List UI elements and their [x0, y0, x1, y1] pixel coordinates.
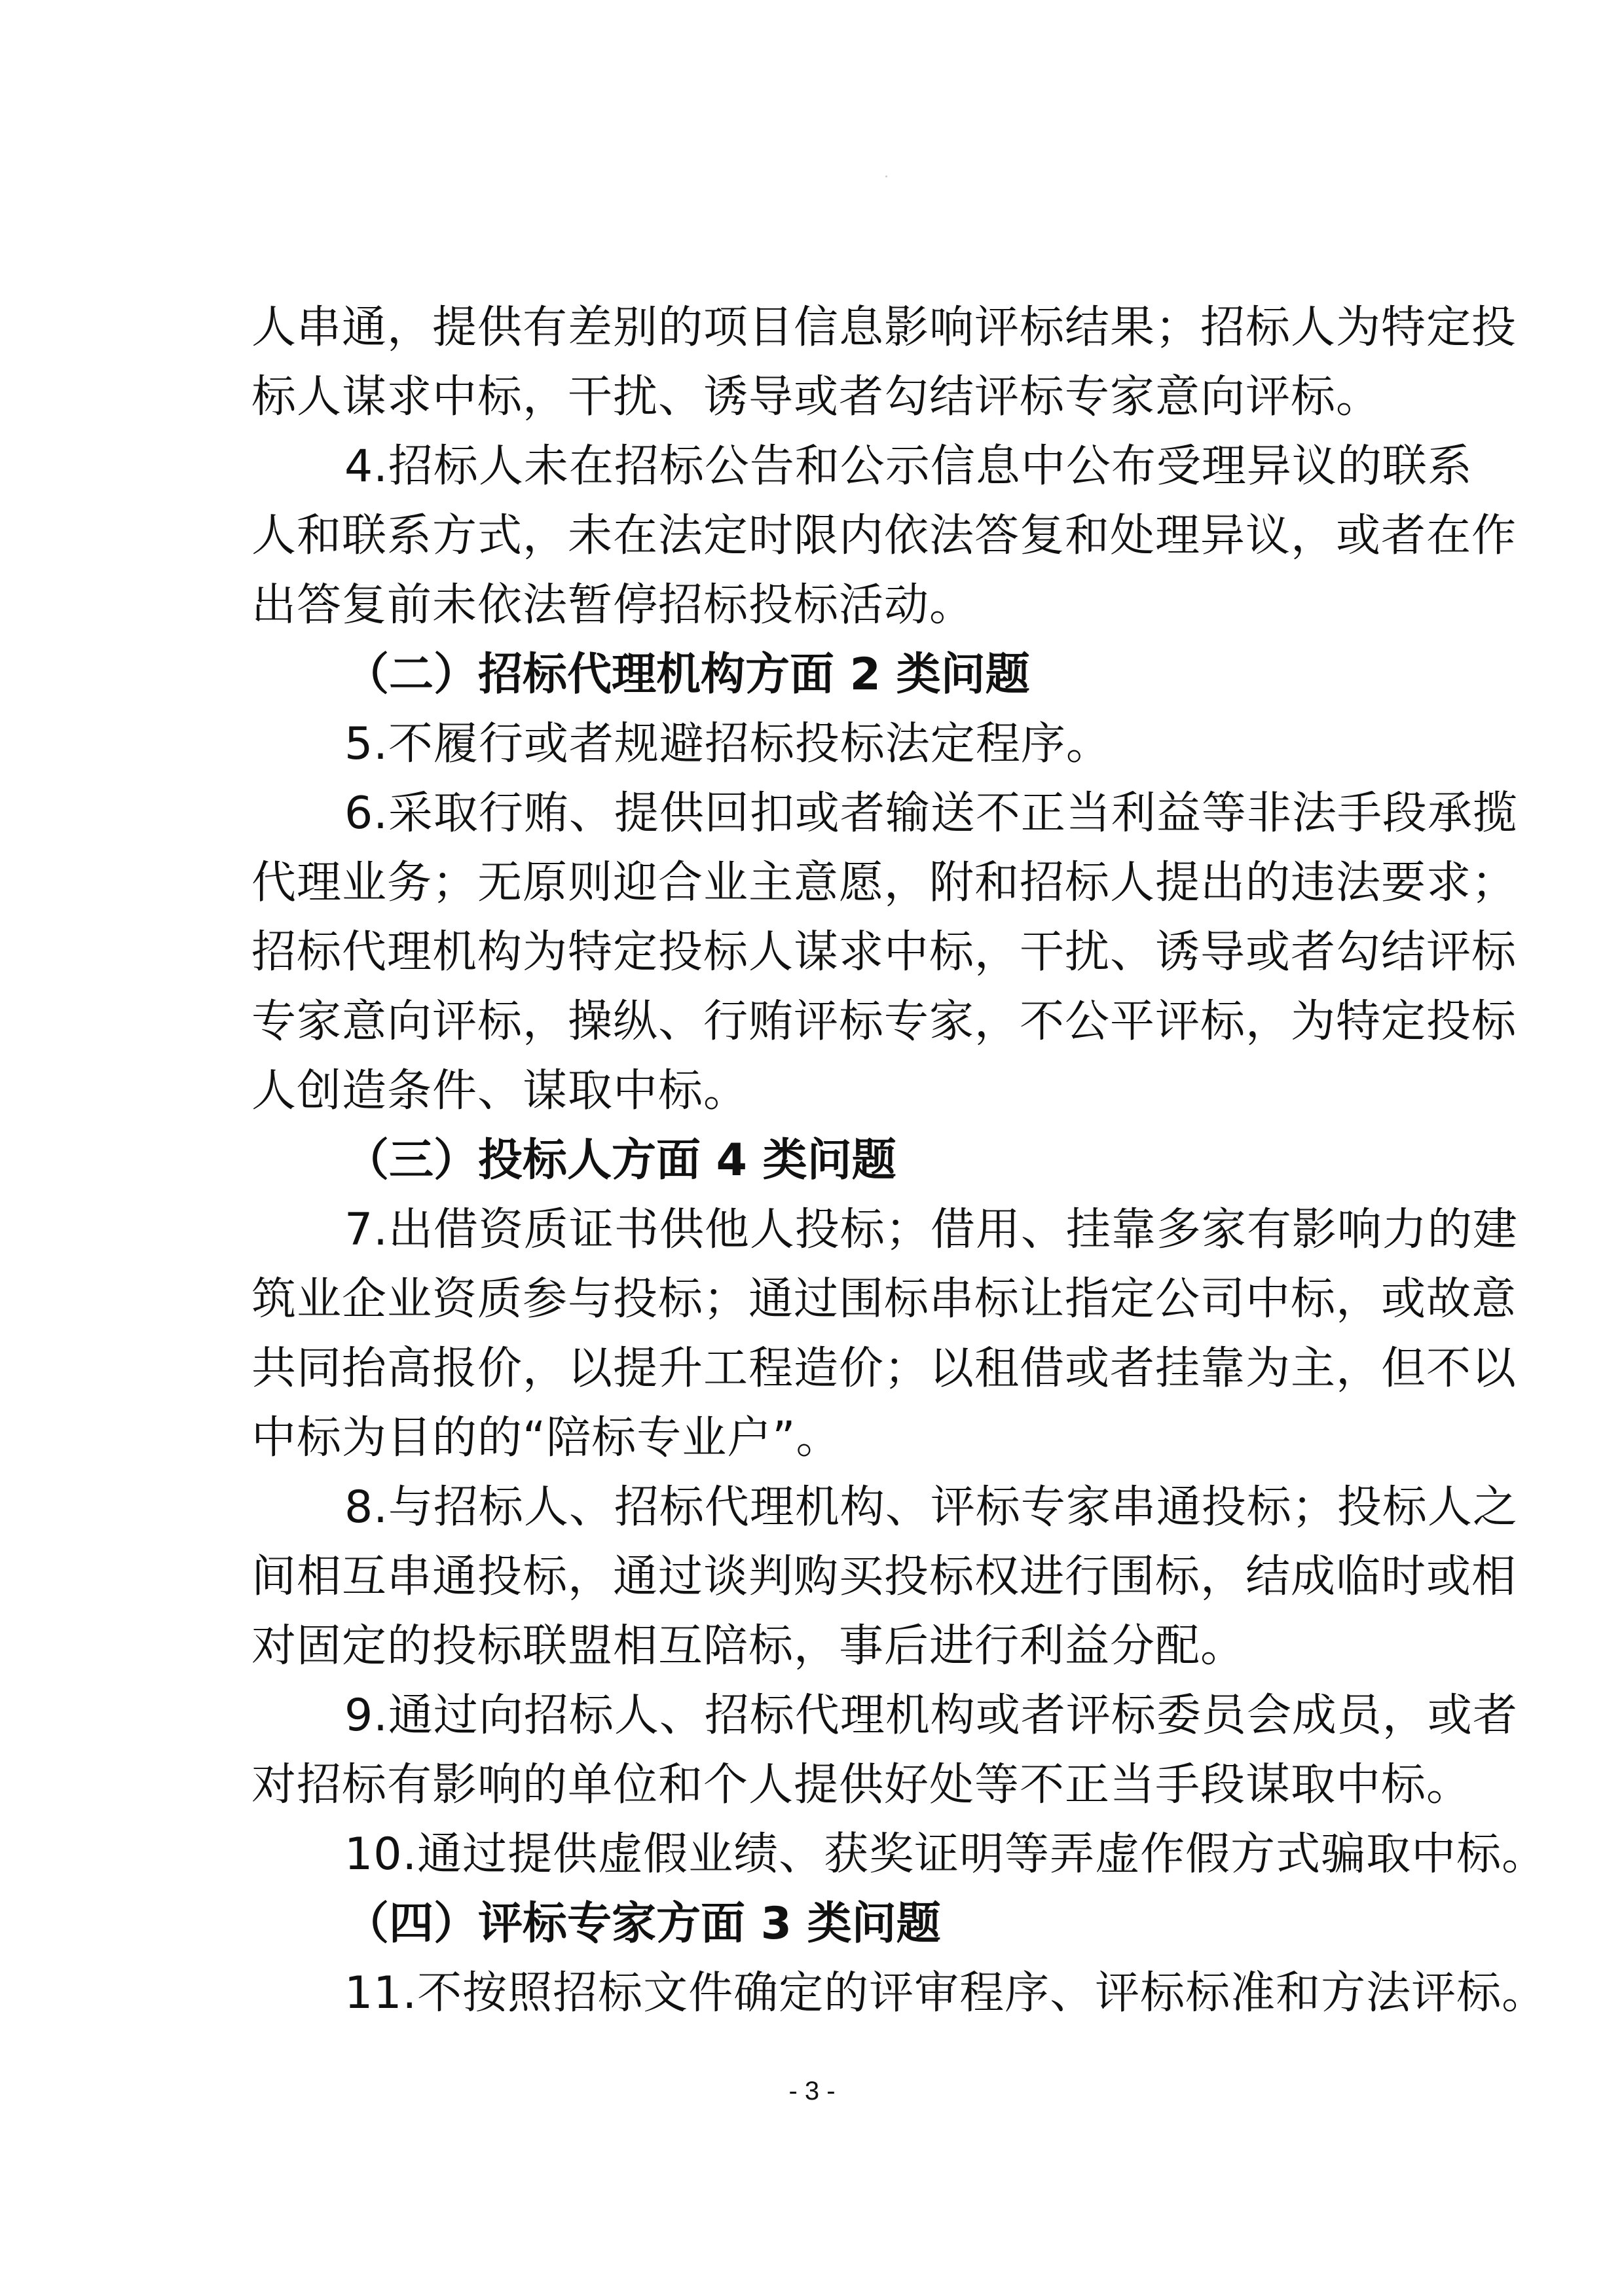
text-line: 人和联系方式，未在法定时限内依法答复和处理异议，或者在作 — [251, 501, 1392, 571]
text-line: 代理业务；无原则迎合业主意愿，附和招标人提出的违法要求； — [251, 848, 1392, 918]
text-line: 10.通过提供虚假业绩、获奖证明等弄虚作假方式骗取中标。 — [251, 1820, 1392, 1889]
section-heading-experts: （四）评标专家方面 3 类问题 — [251, 1889, 1392, 1959]
text-line: 招标代理机构为特定投标人谋求中标，干扰、诱导或者勾结评标 — [251, 918, 1392, 987]
paragraph-item-4: 4.招标人未在招标公告和公示信息中公布受理异议的联系 人和联系方式，未在法定时限… — [251, 432, 1392, 640]
text-line: 11.不按照招标文件确定的评审程序、评标标准和方法评标。 — [251, 1959, 1392, 2028]
scan-artifact — [885, 175, 887, 177]
text-line: 专家意向评标，操纵、行贿评标专家，不公平评标，为特定投标 — [251, 987, 1392, 1057]
section-heading-agency: （二）招标代理机构方面 2 类问题 — [251, 640, 1392, 710]
text-line: 7.出借资质证书供他人投标；借用、挂靠多家有影响力的建 — [251, 1195, 1392, 1265]
text-line: 对招标有影响的单位和个人提供好处等不正当手段谋取中标。 — [251, 1751, 1392, 1820]
heading-text: （三）投标人方面 4 类问题 — [251, 1126, 1392, 1195]
paragraph-item-8: 8.与招标人、招标代理机构、评标专家串通投标；投标人之 间相互串通投标，通过谈判… — [251, 1473, 1392, 1681]
page-number: - 3 - — [0, 2077, 1624, 2106]
text-line: 5.不履行或者规避招标投标法定程序。 — [251, 710, 1392, 779]
paragraph-continuation: 人串通，提供有差别的项目信息影响评标结果；招标人为特定投 标人谋求中标，干扰、诱… — [251, 293, 1392, 432]
text-line: 8.与招标人、招标代理机构、评标专家串通投标；投标人之 — [251, 1473, 1392, 1542]
document-page: 人串通，提供有差别的项目信息影响评标结果；招标人为特定投 标人谋求中标，干扰、诱… — [251, 293, 1392, 2028]
text-line: 中标为目的的“陪标专业户”。 — [251, 1404, 1392, 1473]
text-line: 出答复前未依法暂停招标投标活动。 — [251, 571, 1392, 640]
paragraph-item-10: 10.通过提供虚假业绩、获奖证明等弄虚作假方式骗取中标。 — [251, 1820, 1392, 1889]
text-line: 共同抬高报价，以提升工程造价；以租借或者挂靠为主，但不以 — [251, 1334, 1392, 1404]
text-line: 9.通过向招标人、招标代理机构或者评标委员会成员，或者 — [251, 1681, 1392, 1751]
paragraph-item-7: 7.出借资质证书供他人投标；借用、挂靠多家有影响力的建 筑业企业资质参与投标；通… — [251, 1195, 1392, 1473]
paragraph-item-5: 5.不履行或者规避招标投标法定程序。 — [251, 710, 1392, 779]
section-heading-bidder: （三）投标人方面 4 类问题 — [251, 1126, 1392, 1195]
paragraph-item-11: 11.不按照招标文件确定的评审程序、评标标准和方法评标。 — [251, 1959, 1392, 2028]
heading-text: （二）招标代理机构方面 2 类问题 — [251, 640, 1392, 710]
text-line: 6.采取行贿、提供回扣或者输送不正当利益等非法手段承揽 — [251, 779, 1392, 848]
paragraph-item-6: 6.采取行贿、提供回扣或者输送不正当利益等非法手段承揽 代理业务；无原则迎合业主… — [251, 779, 1392, 1126]
text-line: 对固定的投标联盟相互陪标，事后进行利益分配。 — [251, 1612, 1392, 1681]
paragraph-item-9: 9.通过向招标人、招标代理机构或者评标委员会成员，或者 对招标有影响的单位和个人… — [251, 1681, 1392, 1820]
text-line: 间相互串通投标，通过谈判购买投标权进行围标，结成临时或相 — [251, 1542, 1392, 1612]
heading-text: （四）评标专家方面 3 类问题 — [251, 1889, 1392, 1959]
text-line: 人串通，提供有差别的项目信息影响评标结果；招标人为特定投 — [251, 293, 1392, 363]
text-line: 筑业企业资质参与投标；通过围标串标让指定公司中标，或故意 — [251, 1265, 1392, 1334]
text-line: 4.招标人未在招标公告和公示信息中公布受理异议的联系 — [251, 432, 1392, 501]
text-line: 人创造条件、谋取中标。 — [251, 1057, 1392, 1126]
text-line: 标人谋求中标，干扰、诱导或者勾结评标专家意向评标。 — [251, 363, 1392, 432]
